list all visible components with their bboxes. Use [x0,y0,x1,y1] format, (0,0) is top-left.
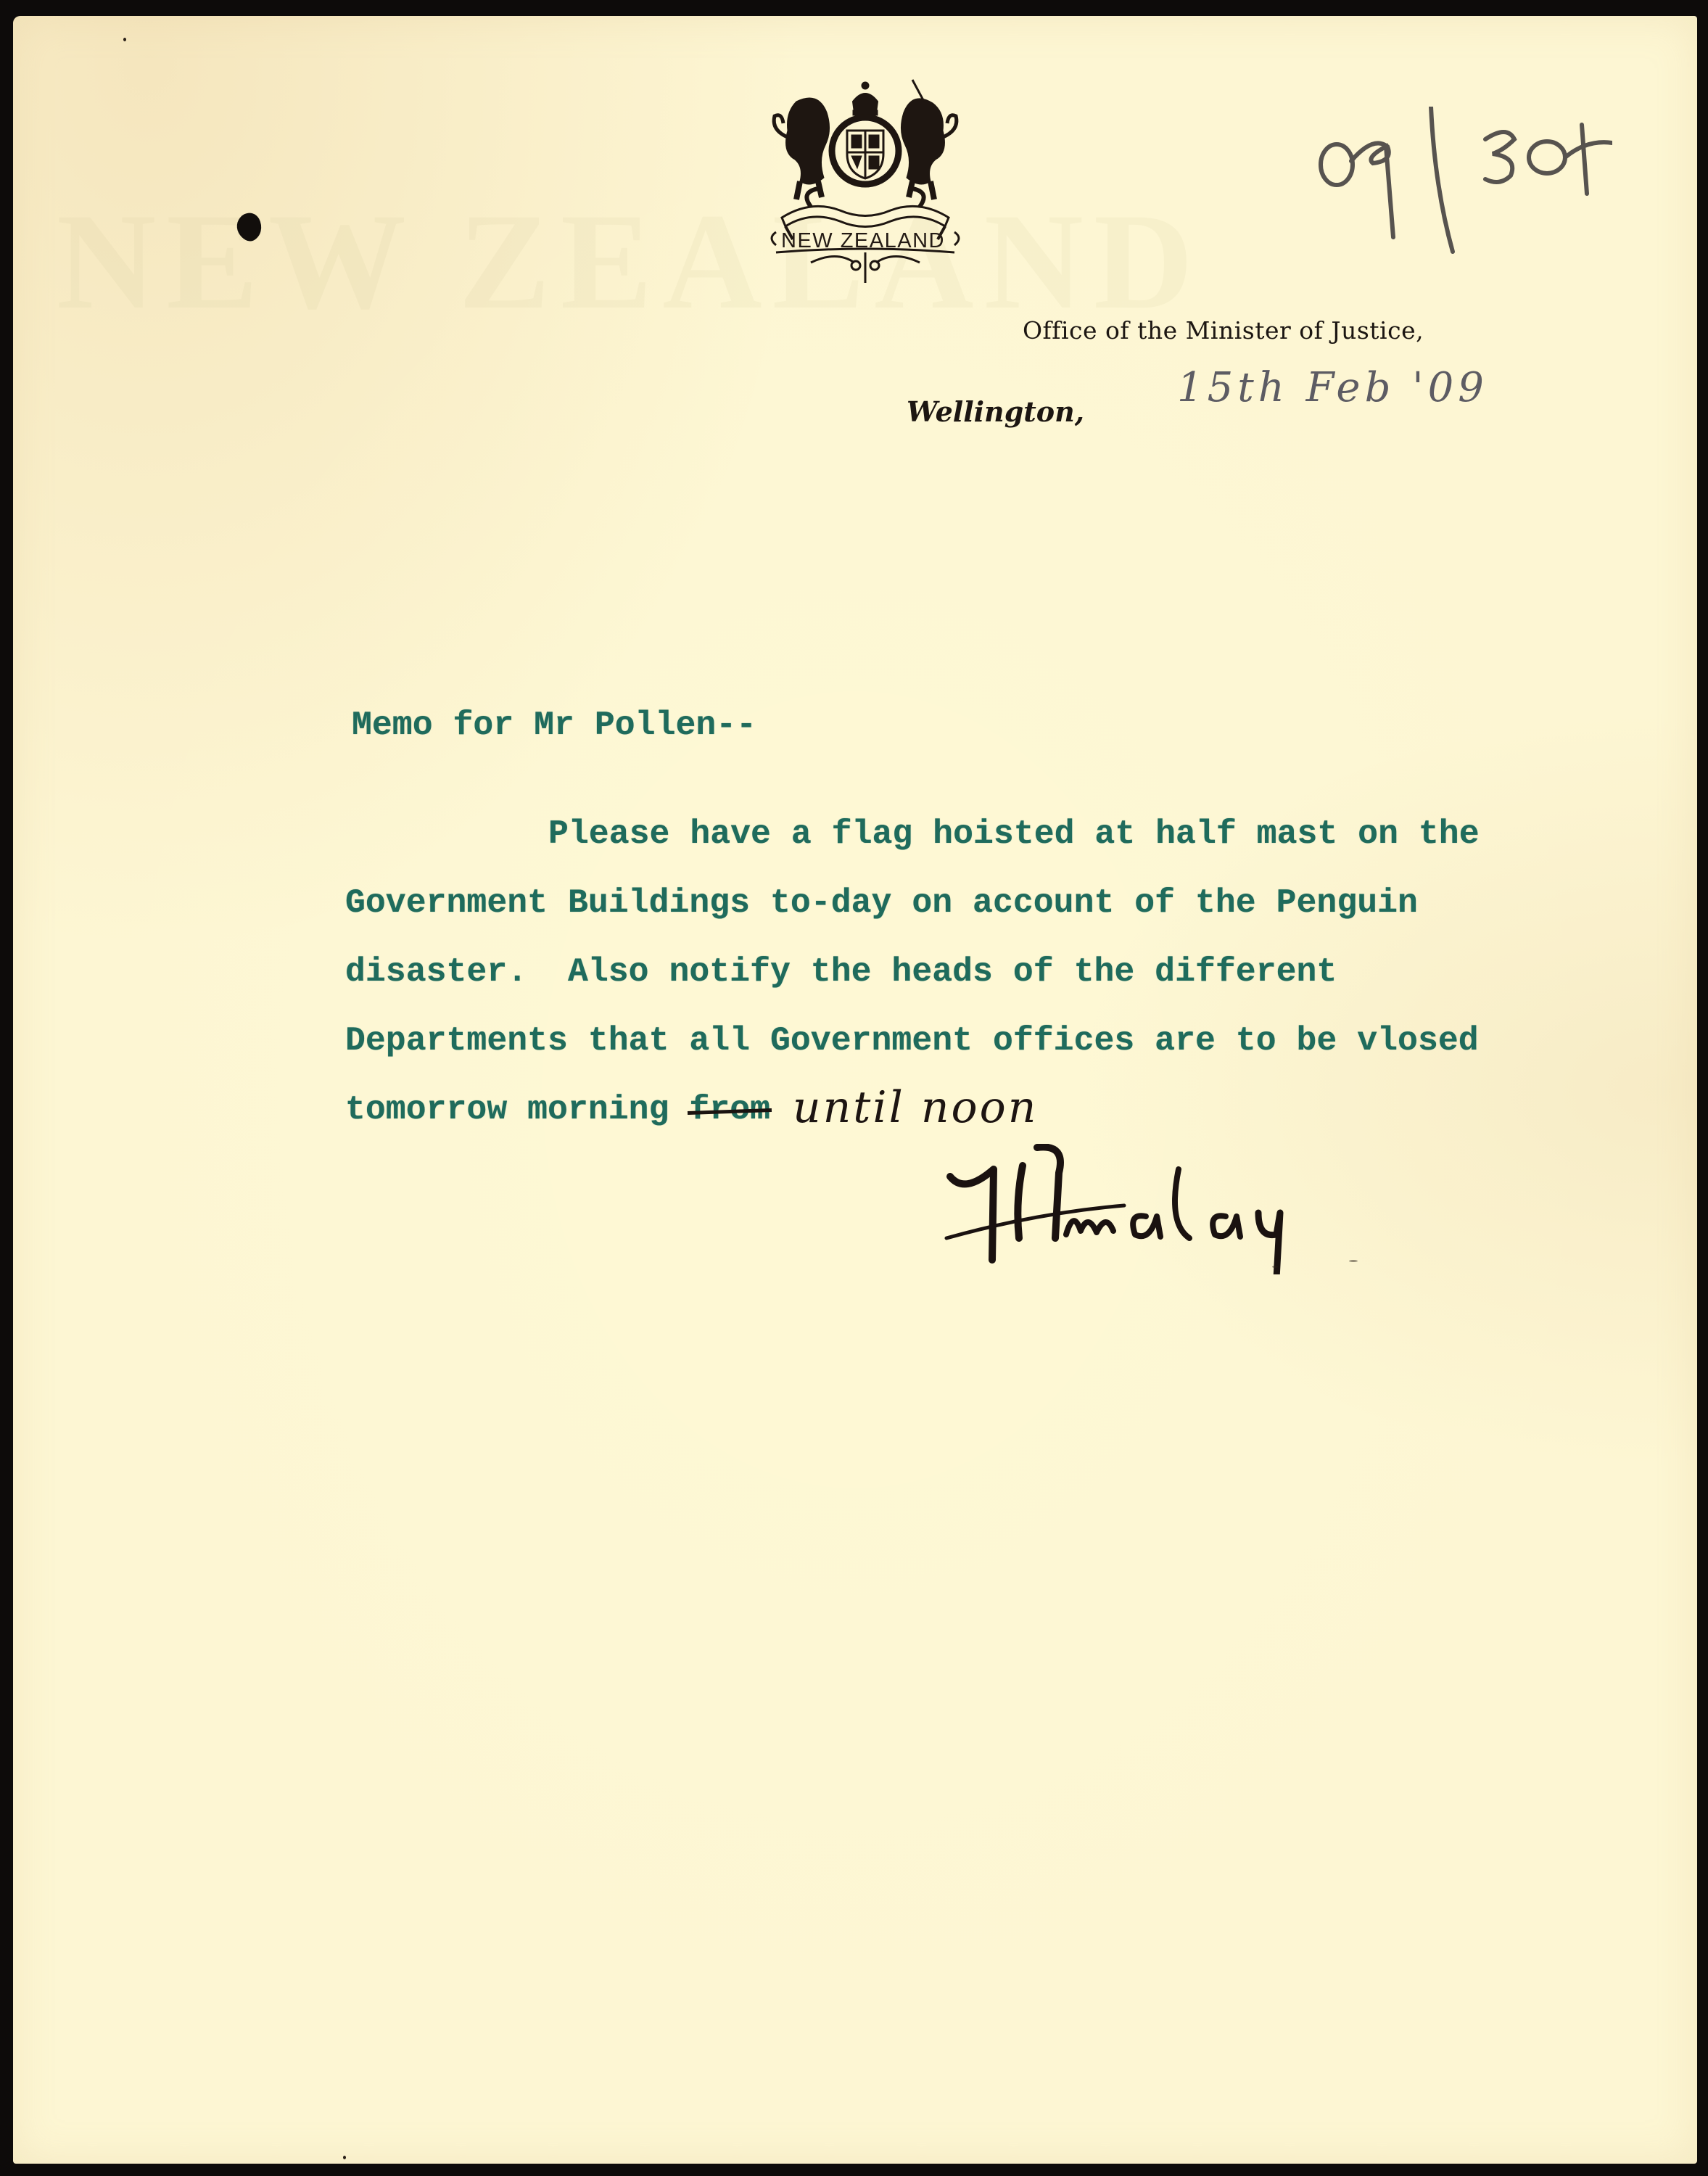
memo-line: disaster. Also notify the heads of the d… [345,955,1337,989]
signature-icon: J. A. Hanan [928,1144,1407,1274]
memo-salutation: Memo for Mr Pollen-- [352,709,756,743]
handwritten-date: 15th Feb '09 [1177,364,1488,411]
paper-speck [343,2156,346,2159]
paper-speck [1272,1266,1278,1268]
letterhead-office: Office of the Minister of Justice, [1023,316,1424,345]
document-page: NEW ZEALAND [13,16,1697,2164]
memo-line: Departments that all Government offices … [345,1024,1479,1058]
struck-out-word: from [689,1093,770,1127]
signature-text: J. A. Hanan [928,1144,983,1147]
letterhead-city: Wellington, [907,395,1084,428]
handwritten-insertion: until noon [793,1082,1038,1133]
paper-speck [1349,1260,1358,1262]
file-number-annotation: 09/304 [1308,107,1612,273]
memo-line-last: tomorrow morning from [345,1093,770,1127]
memo-line-text: tomorrow morning [345,1090,689,1129]
ink-blot-mark [232,209,267,245]
memo-line: Please have a flag hoisted at half mast … [548,817,1480,852]
memo-line: Government Buildings to-day on account o… [345,886,1418,920]
paper-speck [123,38,126,41]
file-number-pencil-strokes [1308,107,1612,273]
letterhead-country: NEW ZEALAND [772,229,954,253]
